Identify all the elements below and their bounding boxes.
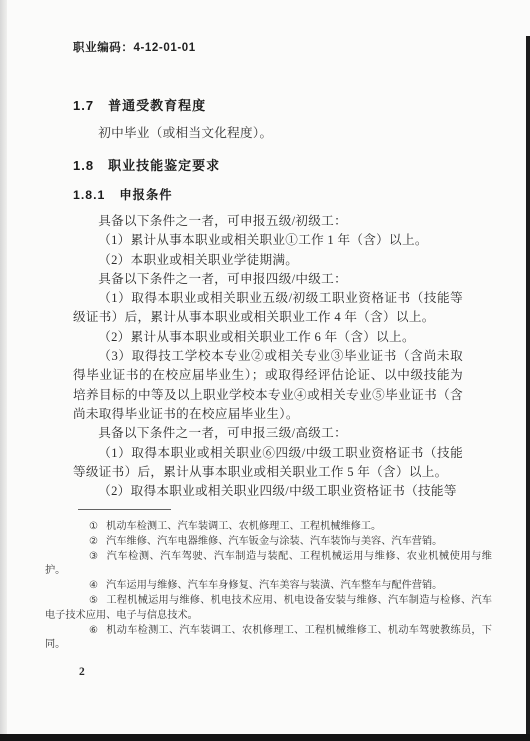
footnote-item: ③汽车检测、汽车驾驶、汽车制造与装配、工程机械运用与维修、农业机械使用与维护。 [45, 550, 492, 580]
body-paragraph: （1）取得本职业或相关职业⑥四级/中级工职业资格证书（技能等级证书）后，累计从事… [73, 444, 463, 483]
section-number: 1.8 [73, 158, 94, 173]
footnote-item: ②汽车维修、汽车电器维修、汽车钣金与涂装、汽车装饰与美容、汽车营销。 [45, 535, 492, 550]
section-heading-1-8: 1.8职业技能鉴定要求 [73, 155, 220, 174]
footnote-marker: ④ [89, 580, 98, 591]
footnotes-block: ①机动车检测工、汽车装调工、农机修理工、工程机械维修工。 ②汽车维修、汽车电器维… [45, 509, 492, 653]
footnote-text: 汽车检测、汽车驾驶、汽车制造与装配、工程机械运用与维修、农业机械使用与维护。 [45, 551, 492, 577]
footnote-text: 汽车维修、汽车电器维修、汽车钣金与涂装、汽车装饰与美容、汽车营销。 [106, 536, 442, 547]
body-paragraph: 具备以下条件之一者，可申报四级/中级工： [73, 270, 463, 289]
body-paragraph: （2）取得本职业或相关职业四级/中级工职业资格证书（技能等 [73, 482, 463, 501]
body-paragraph: （2）本职业或相关职业学徒期满。 [73, 251, 463, 270]
page-number: 2 [79, 666, 85, 678]
education-paragraph: 初中毕业（或相当文化程度）。 [73, 124, 463, 143]
section-heading-1-7: 1.7普通受教育程度 [73, 95, 206, 114]
subsection-number: 1.8.1 [73, 188, 105, 202]
footnote-marker: ③ [89, 551, 99, 562]
footnote-marker: ① [89, 521, 98, 532]
body-paragraph: （1）取得本职业或相关职业五级/初级工职业资格证书（技能等级证书）后，累计从事本… [73, 289, 463, 328]
section-title: 职业技能鉴定要求 [108, 158, 220, 173]
footnote-text: 机动车检测工、汽车装调工、农机修理工、工程机械维修工、机动车驾驶教练员，下同。 [45, 625, 492, 651]
body-text-block: 具备以下条件之一者，可申报五级/初级工： （1）累计从事本职业或相关职业①工作 … [73, 212, 463, 501]
document-page: 职业编码：4-12-01-01 1.7普通受教育程度 初中毕业（或相当文化程度）… [0, 0, 530, 741]
body-paragraph: 具备以下条件之一者，可申报三级/高级工： [73, 424, 463, 443]
footnote-text: 工程机械运用与维修、机电技术应用、机电设备安装与维修、汽车制造与检修、汽车电子技… [45, 595, 492, 621]
footnote-text: 汽车运用与维修、汽车车身修复、汽车美容与装潢、汽车整车与配件营销。 [106, 580, 442, 591]
footnote-item: ①机动车检测工、汽车装调工、农机修理工、工程机械维修工。 [45, 520, 492, 535]
footnote-marker: ⑥ [89, 625, 98, 636]
scan-bottom-edge [0, 734, 530, 741]
footnote-marker: ⑤ [89, 595, 98, 606]
body-paragraph: （1）累计从事本职业或相关职业①工作 1 年（含）以上。 [73, 231, 463, 250]
scan-left-edge [0, 0, 7, 741]
footnote-item: ⑤工程机械运用与维修、机电技术应用、机电设备安装与维修、汽车制造与检修、汽车电子… [45, 594, 492, 624]
footnote-item: ④汽车运用与维修、汽车车身修复、汽车美容与装潢、汽车整车与配件营销。 [45, 579, 492, 594]
subsection-heading-1-8-1: 1.8.1申报条件 [73, 185, 173, 203]
body-paragraph: 具备以下条件之一者，可申报五级/初级工： [73, 212, 463, 231]
body-paragraph: （3）取得技工学校本专业②或相关专业③毕业证书（含尚未取得毕业证书的在校应届毕业… [73, 347, 463, 424]
section-title: 普通受教育程度 [108, 98, 206, 113]
scan-right-edge [526, 36, 530, 741]
occupation-code-header: 职业编码：4-12-01-01 [73, 39, 196, 55]
footnote-item: ⑥机动车检测工、汽车装调工、农机修理工、工程机械维修工、机动车驾驶教练员，下同。 [45, 624, 492, 654]
footnote-marker: ② [89, 536, 98, 547]
footnote-text: 机动车检测工、汽车装调工、农机修理工、工程机械维修工。 [106, 521, 381, 532]
section-number: 1.7 [73, 98, 94, 113]
body-paragraph: （2）累计从事本职业或相关职业工作 6 年（含）以上。 [73, 328, 463, 347]
subsection-title: 申报条件 [119, 188, 172, 202]
footnote-divider [78, 509, 171, 510]
